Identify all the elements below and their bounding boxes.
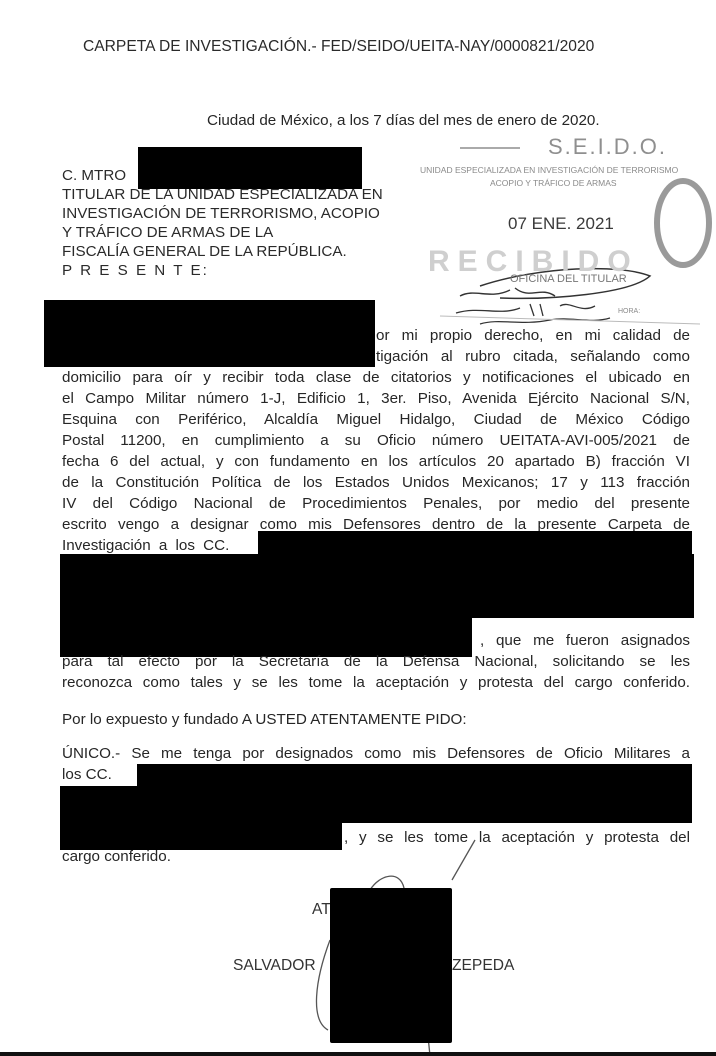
unico-line-4: cargo conferido. bbox=[62, 846, 171, 867]
stamp-office: OFICINA DEL TITULAR bbox=[510, 273, 627, 285]
body-line-5: Esquina con Periférico, Alcaldía Miguel … bbox=[62, 409, 690, 430]
case-file-number: CARPETA DE INVESTIGACIÓN.- FED/SEIDO/UEI… bbox=[83, 38, 594, 56]
redaction-sender-name bbox=[44, 300, 375, 367]
body-line-9: IV del Código Nacional de Procedimientos… bbox=[62, 493, 690, 514]
body-line-14: reconozca como tales y se les tome la ac… bbox=[62, 672, 690, 693]
body-line-12: , que me fueron asignados bbox=[480, 630, 690, 651]
closing-partial: AT bbox=[312, 899, 331, 920]
stamp-unit-line1: UNIDAD ESPECIALIZADA EN INVESTIGACIÓN DE… bbox=[420, 165, 678, 175]
redaction-defenders-2a bbox=[137, 764, 692, 788]
body-line-1: or mi propio derecho, en mi calidad de bbox=[376, 325, 690, 346]
stamp-unit-line2: ACOPIO Y TRÁFICO DE ARMAS bbox=[490, 178, 617, 188]
addressee-line-6: P R E S E N T E: bbox=[62, 261, 442, 280]
body-line-6: Postal 11200, en cumplimiento a su Ofici… bbox=[62, 430, 690, 451]
addressee-line-3: INVESTIGACIÓN DE TERRORISMO, ACOPIO bbox=[62, 204, 442, 223]
body-line-3: domicilio para oír y recibir toda clase … bbox=[62, 367, 690, 388]
petition-line: Por lo expuesto y fundado A USTED ATENTA… bbox=[62, 709, 467, 730]
stamp-hora-label: HORA: bbox=[618, 308, 640, 315]
redaction-defenders-1b bbox=[60, 554, 694, 618]
addressee-line-4: Y TRÁFICO DE ARMAS DE LA bbox=[62, 223, 442, 242]
reception-stamp: S.E.I.D.O. UNIDAD ESPECIALIZADA EN INVES… bbox=[420, 128, 716, 328]
signer-last-name: ZEPEDA bbox=[452, 955, 514, 976]
addressee-line-5: FISCALÍA GENERAL DE LA REPÚBLICA. bbox=[62, 242, 442, 261]
body-line-8: de la Constitución Política de los Estad… bbox=[62, 472, 690, 493]
body-line-4: el Campo Militar número 1-J, Edificio 1,… bbox=[62, 388, 690, 409]
body-line-13: para tal efecto por la Secretaría de la … bbox=[62, 651, 690, 672]
body-line-7: fecha 6 del actual, y con fundamento en … bbox=[62, 451, 690, 472]
stamp-received-date: 07 ENE. 2021 bbox=[508, 214, 614, 234]
stamp-agency: S.E.I.D.O. bbox=[548, 134, 667, 160]
signer-first-name: SALVADOR bbox=[233, 955, 316, 976]
body-line-11: Investigación a los CC. bbox=[62, 535, 229, 556]
body-line-2: tigación al rubro citada, señalando como bbox=[376, 346, 690, 367]
page-bottom-edge bbox=[0, 1052, 716, 1056]
redaction-signature bbox=[330, 888, 452, 1043]
redaction-defenders-2b bbox=[60, 786, 692, 823]
redaction-addressee-name bbox=[138, 147, 362, 189]
unico-line-2: los CC. bbox=[62, 764, 112, 785]
unico-line-1: ÚNICO.- Se me tenga por designados como … bbox=[62, 743, 690, 764]
